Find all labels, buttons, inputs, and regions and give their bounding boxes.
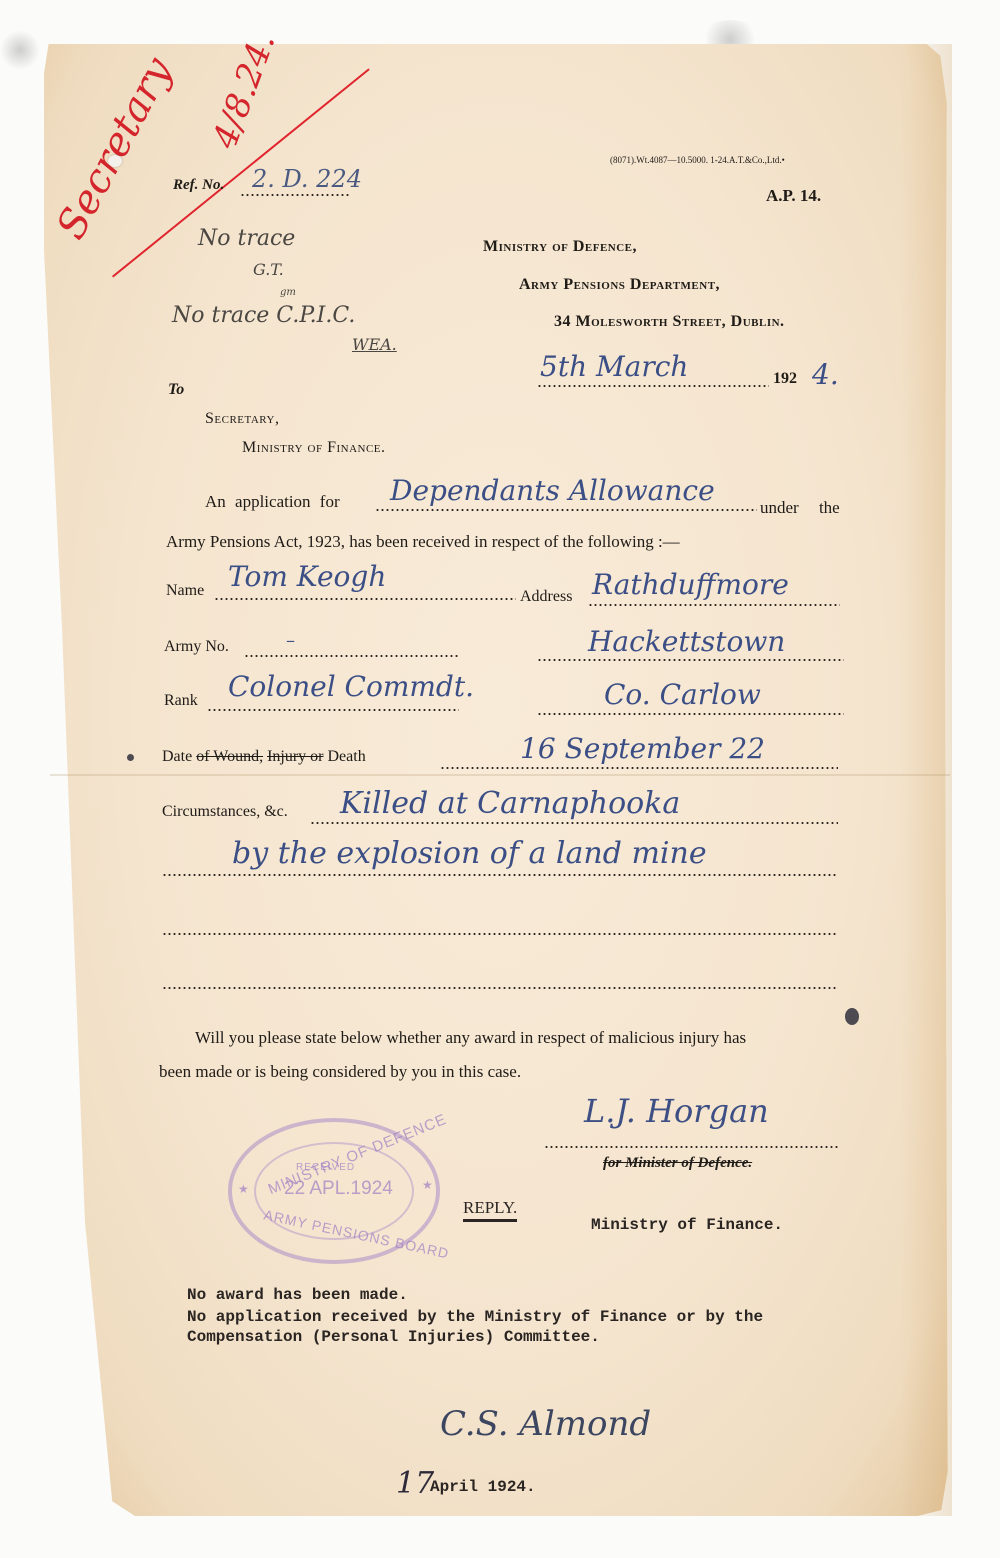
circumstances-line2: by the explosion of a land mine xyxy=(232,836,707,871)
stamp-star-left: ★ xyxy=(238,1182,249,1196)
circumstances-line1: Killed at Carnaphooka xyxy=(340,786,680,821)
army-no-label: Army No. xyxy=(164,638,229,656)
signature-dotted-line xyxy=(544,1146,840,1148)
name-label: Name xyxy=(166,582,204,600)
date-of-death-value: 16 September 22 xyxy=(520,732,765,765)
address-dotted-line-1 xyxy=(588,604,840,606)
ink-dot xyxy=(127,754,134,761)
request-line2: been made or is being considered by you … xyxy=(159,1062,521,1082)
paper-fold-line xyxy=(50,774,950,776)
address-label: Address xyxy=(520,588,572,606)
date-of-death-dotted-line xyxy=(440,767,838,769)
address-dotted-line-3 xyxy=(537,713,844,715)
reply-date-day: 17 xyxy=(396,1466,434,1501)
pencil-initials-wea: WEA. xyxy=(352,335,397,354)
stamp-star-right: ★ xyxy=(422,1178,433,1192)
rank-label: Rank xyxy=(164,692,198,710)
recipient-ministry: Ministry of Finance. xyxy=(242,439,386,457)
rank-dotted-line xyxy=(207,709,459,711)
date-label-prefix: Date xyxy=(162,748,192,765)
date-handwritten: 5th March xyxy=(540,350,688,383)
allowance-dotted-line xyxy=(375,509,757,511)
rank-value: Colonel Commdt. xyxy=(228,670,474,703)
address-line1: Rathduffmore xyxy=(592,568,789,601)
pencil-initials-gt: G.T. xyxy=(253,260,284,279)
army-no-dotted-line xyxy=(244,655,458,657)
punch-hole xyxy=(108,155,122,167)
reply-from: Ministry of Finance. xyxy=(591,1216,783,1234)
received-stamp: MINISTRY OF DEFENCE RECEIVED 22 APL.1924… xyxy=(228,1118,440,1264)
printer-line: (8071).Wt.4087—10.5000. 1-24.A.T.&Co.,Lt… xyxy=(610,155,785,165)
reply-date: April 1924. xyxy=(430,1478,536,1496)
signature-title-struck: for Minister of Defence. xyxy=(603,1155,752,1172)
pencil-note-small: gm xyxy=(280,287,296,298)
name-dotted-line xyxy=(214,598,516,600)
circumstances-dotted-line-2 xyxy=(162,874,838,876)
reply-heading: REPLY. xyxy=(463,1198,517,1222)
date-label-struck-injury: Injury or xyxy=(267,748,323,765)
sender-street: 34 Molesworth Street, Dublin. xyxy=(554,313,785,331)
date-dotted-line xyxy=(537,385,769,387)
sender-ministry: Ministry of Defence, xyxy=(483,238,637,256)
recipient-secretary: Secretary, xyxy=(205,410,279,428)
stamp-received-label: RECEIVED xyxy=(296,1162,355,1173)
signature-horgan: L.J. Horgan xyxy=(584,1092,769,1130)
application-line2: Army Pensions Act, 1923, has been receiv… xyxy=(166,532,680,552)
allowance-type: Dependants Allowance xyxy=(390,474,715,507)
army-no-value: – xyxy=(286,630,295,651)
ref-dotted-line xyxy=(240,194,350,196)
circumstances-dotted-line-4 xyxy=(162,987,838,989)
ink-blot xyxy=(845,1008,859,1025)
address-line3: Co. Carlow xyxy=(604,678,761,711)
reply-line1: No award has been made. xyxy=(187,1286,408,1304)
circumstances-dotted-line-3 xyxy=(162,933,838,935)
date-of-death-label: Date of Wound, Injury or Death xyxy=(162,748,366,766)
circumstances-dotted-line-1 xyxy=(310,822,838,824)
pencil-note-no-trace-cpic: No trace C.P.I.C. xyxy=(172,303,355,328)
ref-label: Ref. No. xyxy=(173,177,224,194)
sender-department: Army Pensions Department, xyxy=(519,276,720,294)
address-line2: Hackettstown xyxy=(588,625,785,658)
pencil-note-no-trace: No trace xyxy=(198,226,295,251)
reply-line3: Compensation (Personal Injuries) Committ… xyxy=(187,1328,600,1346)
request-line1: Will you please state below whether any … xyxy=(195,1028,746,1048)
ref-value: 2. D. 224 xyxy=(252,165,362,193)
name-value: Tom Keogh xyxy=(228,560,386,593)
date-year-prefix: 192 xyxy=(773,370,797,388)
date-label-struck-wound: of Wound, xyxy=(196,748,263,765)
address-dotted-line-2 xyxy=(537,659,844,661)
form-number: A.P. 14. xyxy=(766,186,821,206)
scan-smudge xyxy=(0,30,40,70)
application-prefix: An application for xyxy=(205,492,340,512)
document-paper xyxy=(44,44,954,1516)
reply-signature-almond: C.S. Almond xyxy=(440,1404,651,1444)
to-label: To xyxy=(168,381,184,399)
circumstances-label: Circumstances, &c. xyxy=(162,803,288,821)
reply-line2: No application received by the Ministry … xyxy=(187,1308,763,1326)
application-suffix: under the xyxy=(760,498,840,518)
stamp-received-date: 22 APL.1924 xyxy=(284,1178,393,1200)
date-label-suffix: Death xyxy=(328,748,366,765)
date-year-digit: 4. xyxy=(812,358,839,391)
